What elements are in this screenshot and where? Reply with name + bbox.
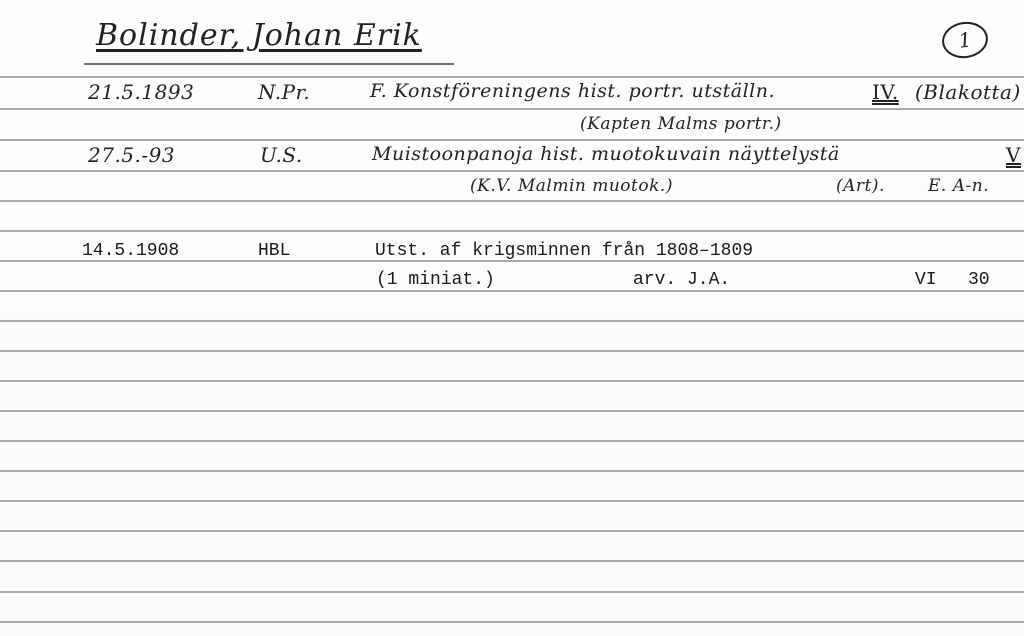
ruled-line	[0, 170, 1024, 172]
entry-1-extra: (Blakotta)	[915, 80, 1021, 104]
ruled-line	[0, 320, 1024, 322]
entry-3-date: 14.5.1908	[82, 241, 179, 261]
entry-1-text: F. Konstföreningens hist. portr. utställ…	[370, 80, 775, 102]
entry-3-source: HBL	[258, 241, 290, 261]
ruled-line	[0, 200, 1024, 202]
entry-3-volume: VI	[915, 270, 937, 290]
entry-1-source: N.Pr.	[258, 80, 310, 104]
entry-3-note: (1 miniat.)	[376, 270, 495, 290]
entry-2-source: U.S.	[260, 143, 303, 167]
ruled-line	[0, 139, 1024, 141]
ruled-line	[0, 230, 1024, 232]
ruled-line	[0, 470, 1024, 472]
ruled-line	[0, 410, 1024, 412]
ruled-line	[0, 591, 1024, 593]
header-underline	[84, 63, 454, 65]
ruled-line	[0, 380, 1024, 382]
ruled-line	[0, 500, 1024, 502]
entry-3-attribution: arv. J.A.	[633, 270, 730, 290]
entry-1-note: (Kapten Malms portr.)	[580, 114, 782, 134]
ruled-line	[0, 621, 1024, 623]
entry-2-text: Muistoonpanoja hist. muotokuvain näyttel…	[372, 143, 840, 165]
entry-2-tag: (Art).	[836, 176, 885, 196]
entry-3-page: 30	[968, 270, 990, 290]
card-title-name: Bolinder, Johan Erik	[96, 18, 422, 53]
ruled-line	[0, 530, 1024, 532]
ruled-line	[0, 76, 1024, 78]
entry-3-text: Utst. af krigsminnen från 1808–1809	[375, 241, 753, 261]
entry-2-volume: V	[1006, 143, 1021, 167]
ruled-line	[0, 290, 1024, 292]
ruled-line	[0, 108, 1024, 110]
card-number: 1	[957, 27, 973, 53]
entry-1-date: 21.5.1893	[88, 80, 194, 104]
ruled-line	[0, 440, 1024, 442]
ruled-line	[0, 560, 1024, 562]
ruled-line	[0, 350, 1024, 352]
entry-1-volume: IV.	[872, 80, 899, 104]
entry-2-signature: E. A-n.	[928, 176, 989, 196]
card-number-circle: 1	[940, 19, 991, 61]
entry-2-date: 27.5.-93	[88, 143, 175, 167]
index-card: Bolinder, Johan Erik 1 21.5.1893 N.Pr. F…	[0, 0, 1024, 636]
entry-2-note: (K.V. Malmin muotok.)	[470, 176, 673, 196]
